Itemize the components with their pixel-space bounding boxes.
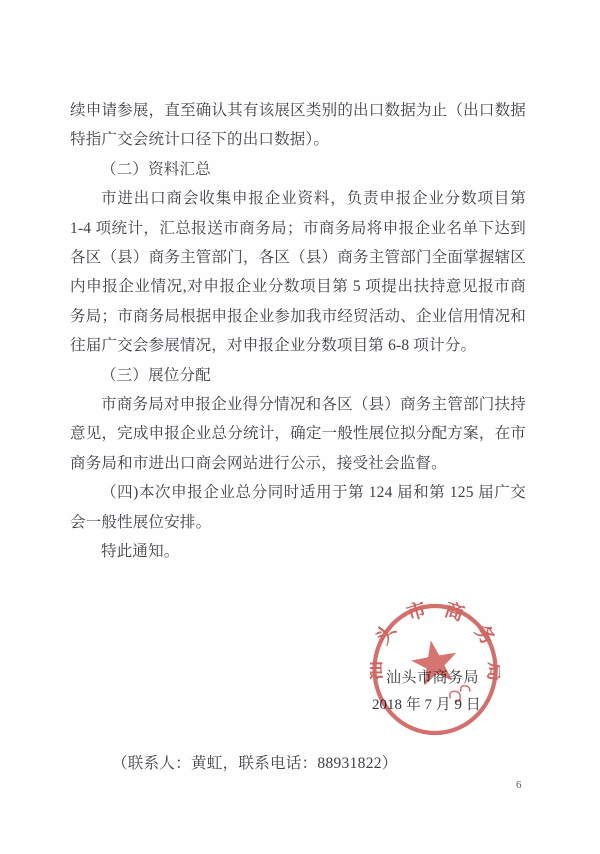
body-line: （三）展位分配: [70, 361, 526, 390]
seal-star-icon: [408, 636, 460, 687]
body-line: 1-4 项统计，汇总报送市商务局；市商务局将申报企业名单下达到: [70, 214, 526, 243]
body-line: 务局；市商务局根据申报企业参加我市经贸活动、企业信用情况和: [70, 302, 526, 331]
body-line: 特此通知。: [70, 537, 526, 566]
document-page: 续申请参展，直至确认其有该展区类别的出口数据为止（出口数据特指广交会统计口径下的…: [0, 0, 600, 854]
body-line: 往届广交会参展情况，对申报企业分数项目第 6-8 项计分。: [70, 331, 526, 360]
body-line: 市进出口商会收集申报企业资料，负责申报企业分数项目第: [70, 184, 526, 213]
body-line: 市商务局对申报企业得分情况和各区（县）商务主管部门扶持: [70, 390, 526, 419]
body-line: 商务局和市进出口商会网站进行公示，接受社会监督。: [70, 449, 526, 478]
body-line: （四)本次申报企业总分同时适用于第 124 届和第 125 届广交: [70, 478, 526, 507]
contact-line: （联系人：黄虹，联系电话：88931822）: [112, 751, 398, 773]
body-line: 内申报企业情况,对申报企业分数项目第 5 项提出扶持意见报市商: [70, 272, 526, 301]
body-line: 特指广交会统计口径下的出口数据）。: [70, 125, 526, 154]
body-text: 续申请参展，直至确认其有该展区类别的出口数据为止（出口数据特指广交会统计口径下的…: [70, 96, 526, 567]
body-line: （二）资料汇总: [70, 155, 526, 184]
seal-code-mark: [448, 681, 471, 705]
body-line: 各区（县）商务主管部门，各区（县）商务主管部门全面掌握辖区: [70, 243, 526, 272]
body-line: 续申请参展，直至确认其有该展区类别的出口数据为止（出口数据: [70, 96, 526, 125]
official-seal-stamp: 汕头市商务局: [370, 601, 500, 738]
body-line: 意见，完成申报企业总分统计，确定一般性展位拟分配方案，在市: [70, 419, 526, 448]
page-number: 6: [516, 779, 522, 791]
body-line: 会一般性展位安排。: [70, 508, 526, 537]
